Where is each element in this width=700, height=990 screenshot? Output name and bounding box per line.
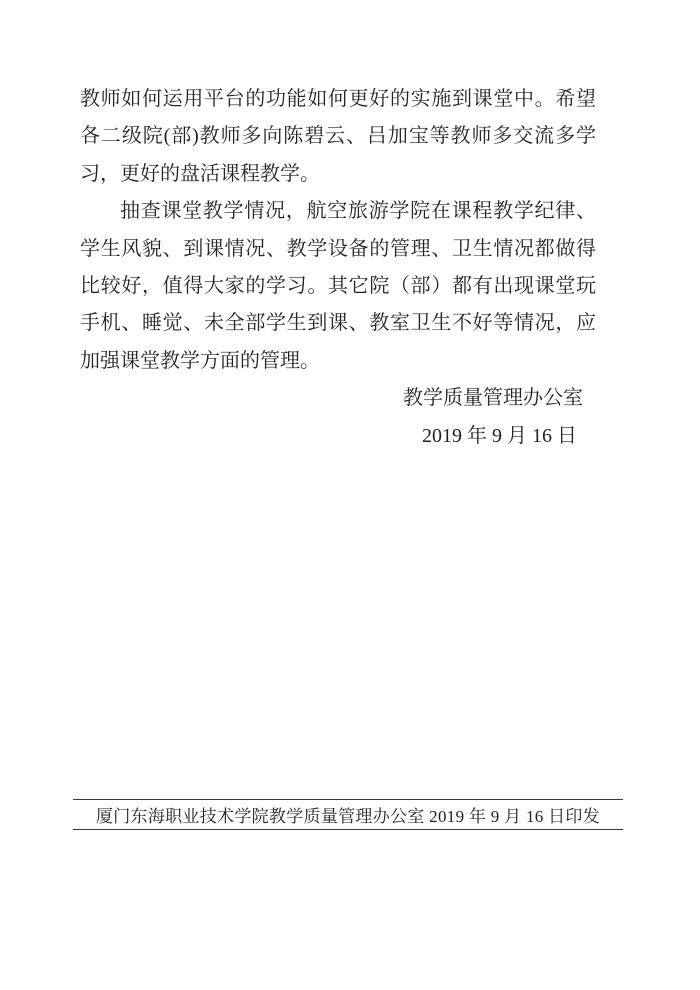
print-footer-text: 厦门东海职业技术学院教学质量管理办公室 2019 年 9 月 16 日印发 — [96, 802, 600, 827]
signature-date: 2019 年 9 月 16 日 — [80, 418, 596, 455]
paragraph-continuation: 教师如何运用平台的功能如何更好的实施到课堂中。希望各二级院(部)教师多向陈碧云、… — [80, 81, 596, 193]
print-footer: 厦门东海职业技术学院教学质量管理办公室 2019 年 9 月 16 日印发 — [73, 799, 623, 830]
document-body: 教师如何运用平台的功能如何更好的实施到课堂中。希望各二级院(部)教师多向陈碧云、… — [80, 81, 596, 455]
document-page: 教师如何运用平台的功能如何更好的实施到课堂中。希望各二级院(部)教师多向陈碧云、… — [0, 0, 700, 990]
signature-organization: 教学质量管理办公室 — [80, 380, 596, 417]
paragraph-inspection-summary: 抽查课堂教学情况，航空旅游学院在课程教学纪律、学生风貌、到课情况、教学设备的管理… — [80, 193, 596, 380]
